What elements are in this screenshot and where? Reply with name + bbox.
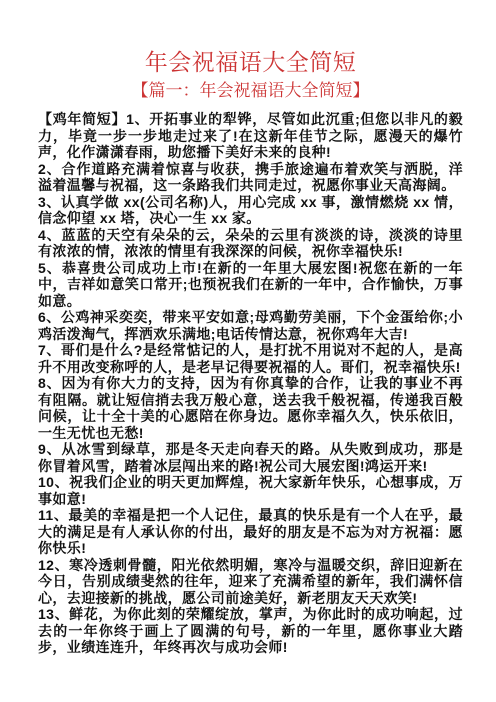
page-title: 年会祝福语大全简短 <box>38 48 463 78</box>
document-body: 【鸡年简短】1、开拓事业的犁铧，尽管如此沉重;但您以非凡的毅力，毕竟一步一步地走… <box>38 111 463 656</box>
paragraph: 7、哥们是什么?是经常惦记的人，是打扰不用说对不起的人，是高升不用改变称呼的人，… <box>38 342 463 375</box>
paragraph: 4、蓝蓝的天空有朵朵的云，朵朵的云里有淡淡的诗，淡淡的诗里有浓浓的情，浓浓的情里… <box>38 227 463 260</box>
paragraph: 11、最美的幸福是把一个人记住，最真的快乐是有一个人在乎，最大的满足是有人承认你… <box>38 507 463 557</box>
paragraph: 13、鲜花，为你此刻的荣耀绽放，掌声，为你此时的成功响起，过去的一年你终于画上了… <box>38 606 463 656</box>
paragraph: 10、祝我们企业的明天更加辉煌，祝大家新年快乐，心想事成，万事如意! <box>38 474 463 507</box>
paragraph: 【鸡年简短】1、开拓事业的犁铧，尽管如此沉重;但您以非凡的毅力，毕竟一步一步地走… <box>38 111 463 161</box>
paragraph: 3、认真学做 xx(公司名称)人，用心完成 xx 事，激情燃烧 xx 情，信念仰… <box>38 194 463 227</box>
paragraph: 5、恭喜贵公司成功上市!在新的一年里大展宏图!祝您在新的一年中，吉祥如意笑口常开… <box>38 260 463 310</box>
document-page: 年会祝福语大全简短 【篇一：年会祝福语大全简短】 【鸡年简短】1、开拓事业的犁铧… <box>0 0 496 702</box>
paragraph: 12、寒冷透刺骨髓，阳光依然明媚，寒冷与温暖交织，辞旧迎新在今日，告别成绩斐然的… <box>38 557 463 607</box>
paragraph: 6、公鸡神采奕奕，带来平安如意;母鸡勤劳美丽，下个金蛋给你;小鸡活泼淘气，挥洒欢… <box>38 309 463 342</box>
paragraph: 2、合作道路充满着惊喜与收获，携手旅途遍布着欢笑与洒脱，洋溢着温馨与祝福，这一条… <box>38 161 463 194</box>
section-subtitle: 【篇一：年会祝福语大全简短】 <box>38 80 463 102</box>
paragraph: 9、从冰雪到绿草，那是冬天走向春天的路。从失败到成功，那是你冒着风雪，踏着冰层闯… <box>38 441 463 474</box>
paragraph: 8、因为有你大力的支持，因为有你真挚的合作，让我的事业不再有阻隔。就让短信捎去我… <box>38 375 463 441</box>
